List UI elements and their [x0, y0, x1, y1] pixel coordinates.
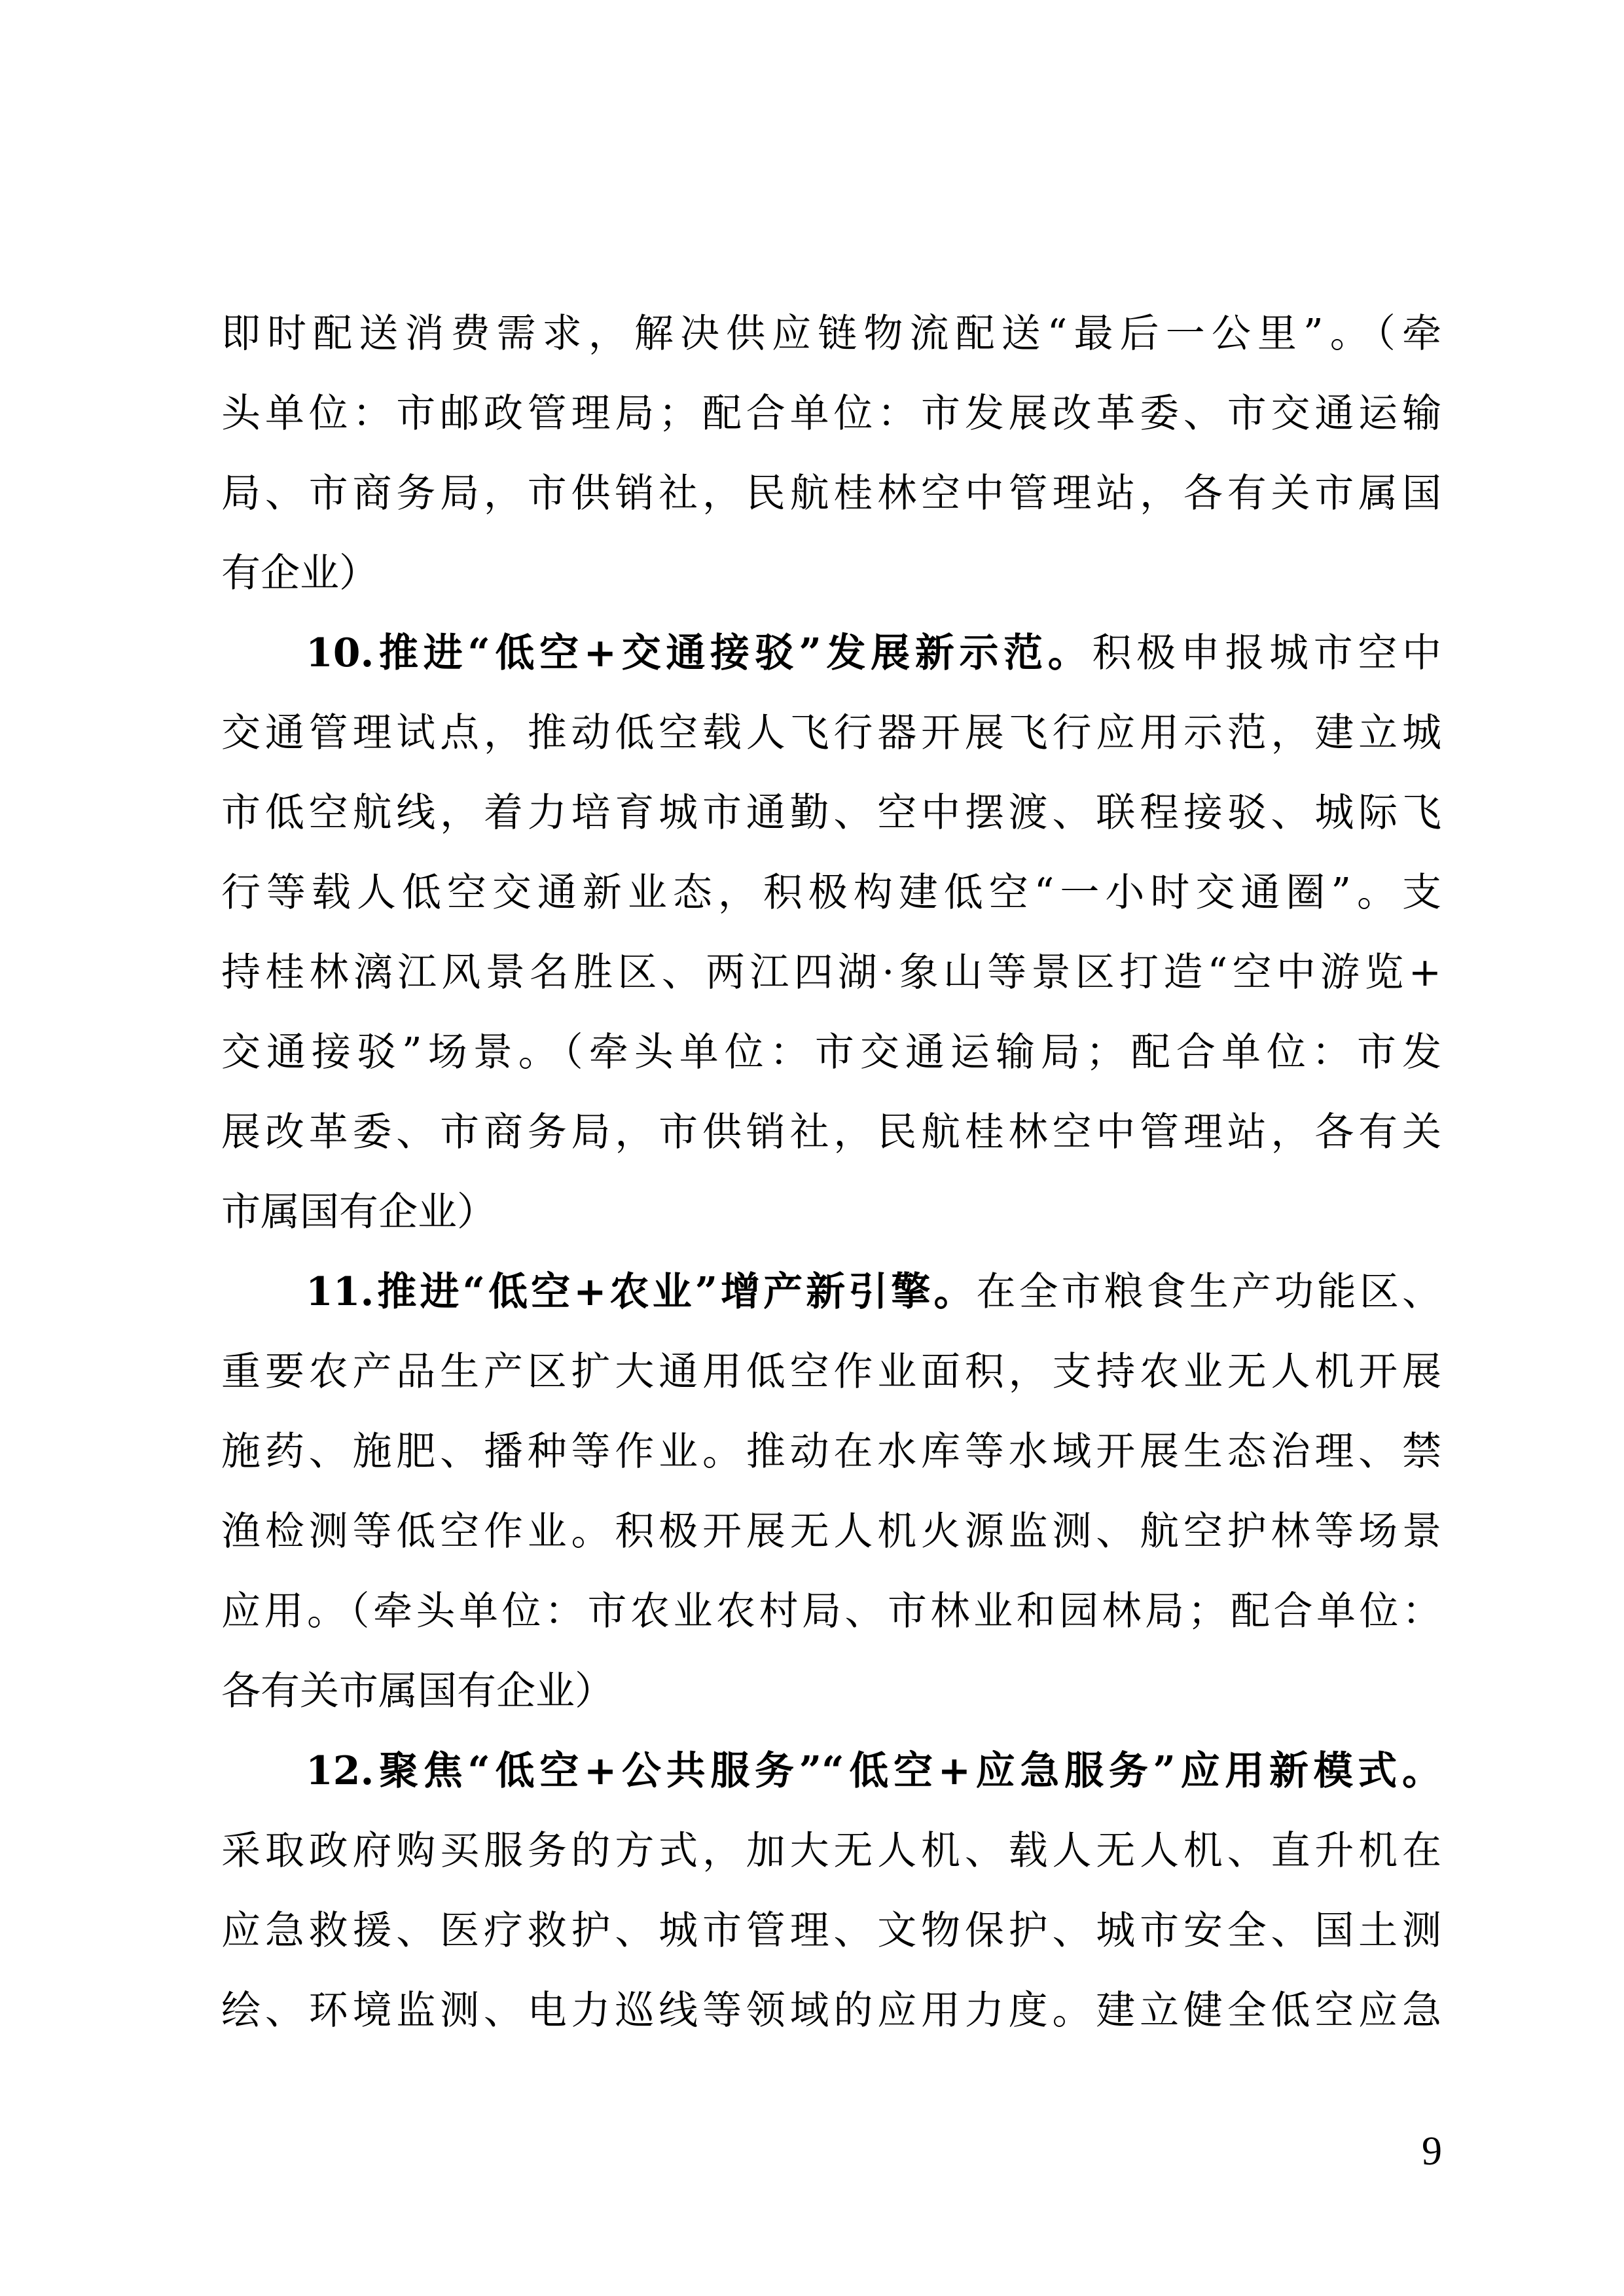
- paragraph-11-line-4: 渔检测等低空作业。积极开展无人机火源监测、航空护林等场景: [221, 1505, 1441, 1558]
- paragraph-11-line-6: 各有关市属国有企业）: [221, 1665, 1441, 1717]
- paragraph-9-line-2: 头单位：市邮政管理局；配合单位：市发展改革委、市交通运输: [221, 387, 1441, 440]
- document-page: 即时配送消费需求，解决供应链物流配送“最后一公里”。（牵 头单位：市邮政管理局；…: [0, 0, 1624, 2296]
- page-number: 9: [1422, 2128, 1442, 2174]
- paragraph-10-line-3: 市低空航线，着力培育城市通勤、空中摆渡、联程接驳、城际飞: [221, 787, 1441, 839]
- paragraph-11-line-1-text: 在全市粮食生产功能区、: [977, 1269, 1442, 1315]
- paragraph-11-line-1: 11.推进“低空+农业”增产新引擎。在全市粮食生产功能区、: [306, 1266, 1441, 1318]
- paragraph-10-line-7: 展改革委、市商务局，市供销社，民航桂林空中管理站，各有关: [221, 1106, 1441, 1158]
- paragraph-12-line-4: 绘、环境监测、电力巡线等领域的应用力度。建立健全低空应急: [221, 1984, 1441, 2037]
- paragraph-11-line-3: 施药、施肥、播种等作业。推动在水库等水域开展生态治理、禁: [221, 1426, 1441, 1478]
- paragraph-11-line-5: 应用。（牵头单位：市农业农村局、市林业和园林局；配合单位：: [221, 1585, 1441, 1638]
- paragraph-12-line-2: 采取政府购买服务的方式，加大无人机、载人无人机、直升机在: [221, 1825, 1441, 1877]
- paragraph-10-heading: 10.推进“低空+交通接驳”发展新示范。: [306, 630, 1092, 676]
- paragraph-10-line-2: 交通管理试点，推动低空载人飞行器开展飞行应用示范，建立城: [221, 707, 1441, 759]
- paragraph-10-line-6: 交通接驳”场景。（牵头单位：市交通运输局；配合单位：市发: [221, 1026, 1441, 1079]
- paragraph-11-line-2: 重要农产品生产区扩大通用低空作业面积，支持农业无人机开展: [221, 1346, 1441, 1398]
- paragraph-10-line-5: 持桂林漓江风景名胜区、两江四湖·象山等景区打造“空中游览+: [221, 946, 1441, 999]
- paragraph-12-line-1: 12.聚焦“低空+公共服务”“低空+应急服务”应用新模式。: [306, 1745, 1441, 1797]
- paragraph-10-line-4: 行等载人低空交通新业态，积极构建低空“一小时交通圈”。支: [221, 867, 1441, 919]
- paragraph-9-line-1: 即时配送消费需求，解决供应链物流配送“最后一公里”。（牵: [221, 308, 1441, 360]
- paragraph-10-line-1-text: 积极申报城市空中: [1092, 630, 1441, 676]
- paragraph-12-heading: 12.聚焦“低空+公共服务”“低空+应急服务”应用新模式。: [306, 1748, 1441, 1794]
- paragraph-10-line-8: 市属国有企业）: [221, 1186, 1441, 1238]
- paragraph-11-heading: 11.推进“低空+农业”增产新引擎。: [306, 1269, 977, 1315]
- paragraph-9-line-3: 局、市商务局，市供销社，民航桂林空中管理站，各有关市属国: [221, 467, 1441, 520]
- paragraph-9-line-4: 有企业）: [221, 547, 1441, 600]
- paragraph-10-line-1: 10.推进“低空+交通接驳”发展新示范。积极申报城市空中: [306, 627, 1441, 679]
- paragraph-12-line-3: 应急救援、医疗救护、城市管理、文物保护、城市安全、国土测: [221, 1905, 1441, 1957]
